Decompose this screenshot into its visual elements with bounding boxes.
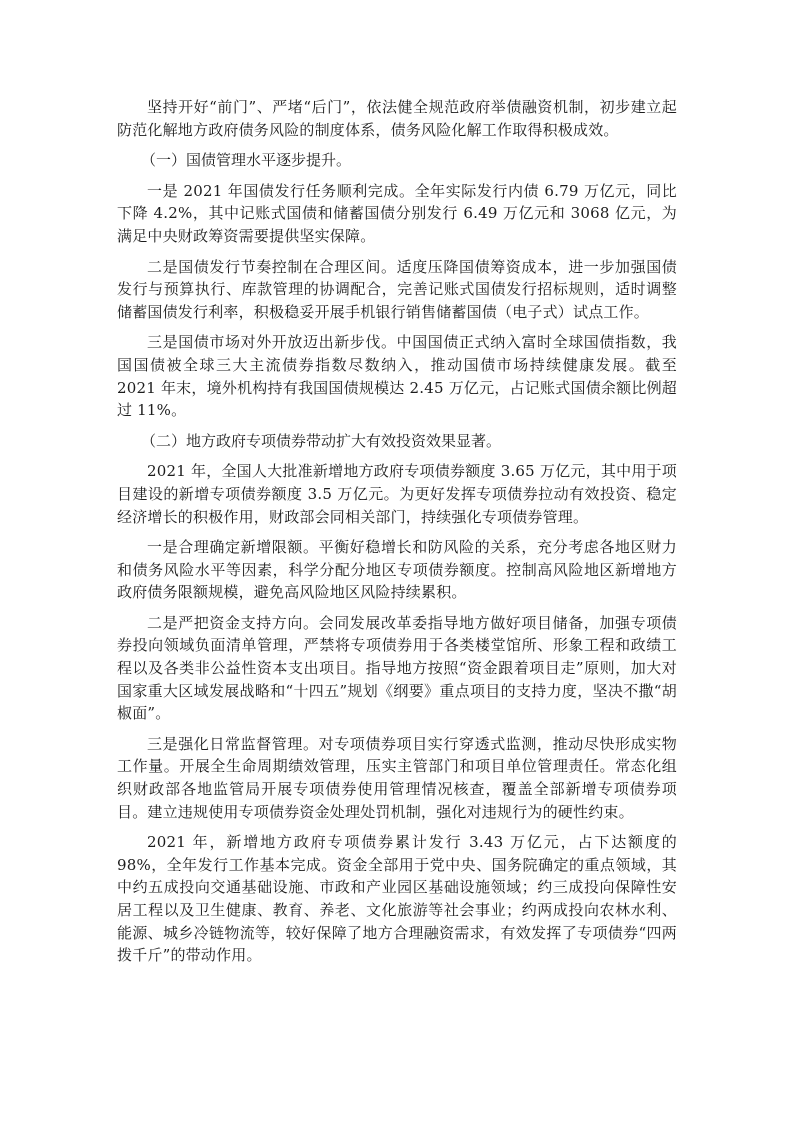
paragraph-special-bonds-direction: 二是严把资金支持方向。会同发展改革委指导地方做好项目储备，加强专项债券投向领域负… <box>117 612 677 725</box>
document-page: 坚持开好“前门”、严堵“后门”，依法健全规范政府举债融资机制，初步建立起防范化解… <box>117 96 677 975</box>
section-heading-treasury-bonds: （一）国债管理水平逐步提升。 <box>117 149 677 172</box>
paragraph-treasury-pace: 二是国债发行节奏控制在合理区间。适度压降国债筹资成本，进一步加强国债发行与预算执… <box>117 256 677 324</box>
section-heading-special-bonds: （二）地方政府专项债券带动扩大有效投资效果显著。 <box>117 430 677 453</box>
paragraph-special-bonds-supervision: 三是强化日常监督管理。对专项债券项目实行穿透式监测，推动尽快形成实物工作量。开展… <box>117 733 677 823</box>
paragraph-special-bonds-quota: 2021 年，全国人大批准新增地方政府专项债券额度 3.65 万亿元，其中用于项… <box>117 460 677 528</box>
paragraph-intro: 坚持开好“前门”、严堵“后门”，依法健全规范政府举债融资机制，初步建立起防范化解… <box>117 96 677 141</box>
paragraph-treasury-issuance: 一是 2021 年国债发行任务顺利完成。全年实际发行内债 6.79 万亿元，同比… <box>117 180 677 248</box>
paragraph-special-bonds-summary: 2021 年，新增地方政府专项债券累计发行 3.43 万亿元，占下达额度的 98… <box>117 831 677 967</box>
paragraph-treasury-opening: 三是国债市场对外开放迈出新步伐。中国国债正式纳入富时全球国债指数，我国国债被全球… <box>117 331 677 421</box>
paragraph-special-bonds-limit: 一是合理确定新增限额。平衡好稳增长和防风险的关系，充分考虑各地区财力和债务风险水… <box>117 536 677 604</box>
